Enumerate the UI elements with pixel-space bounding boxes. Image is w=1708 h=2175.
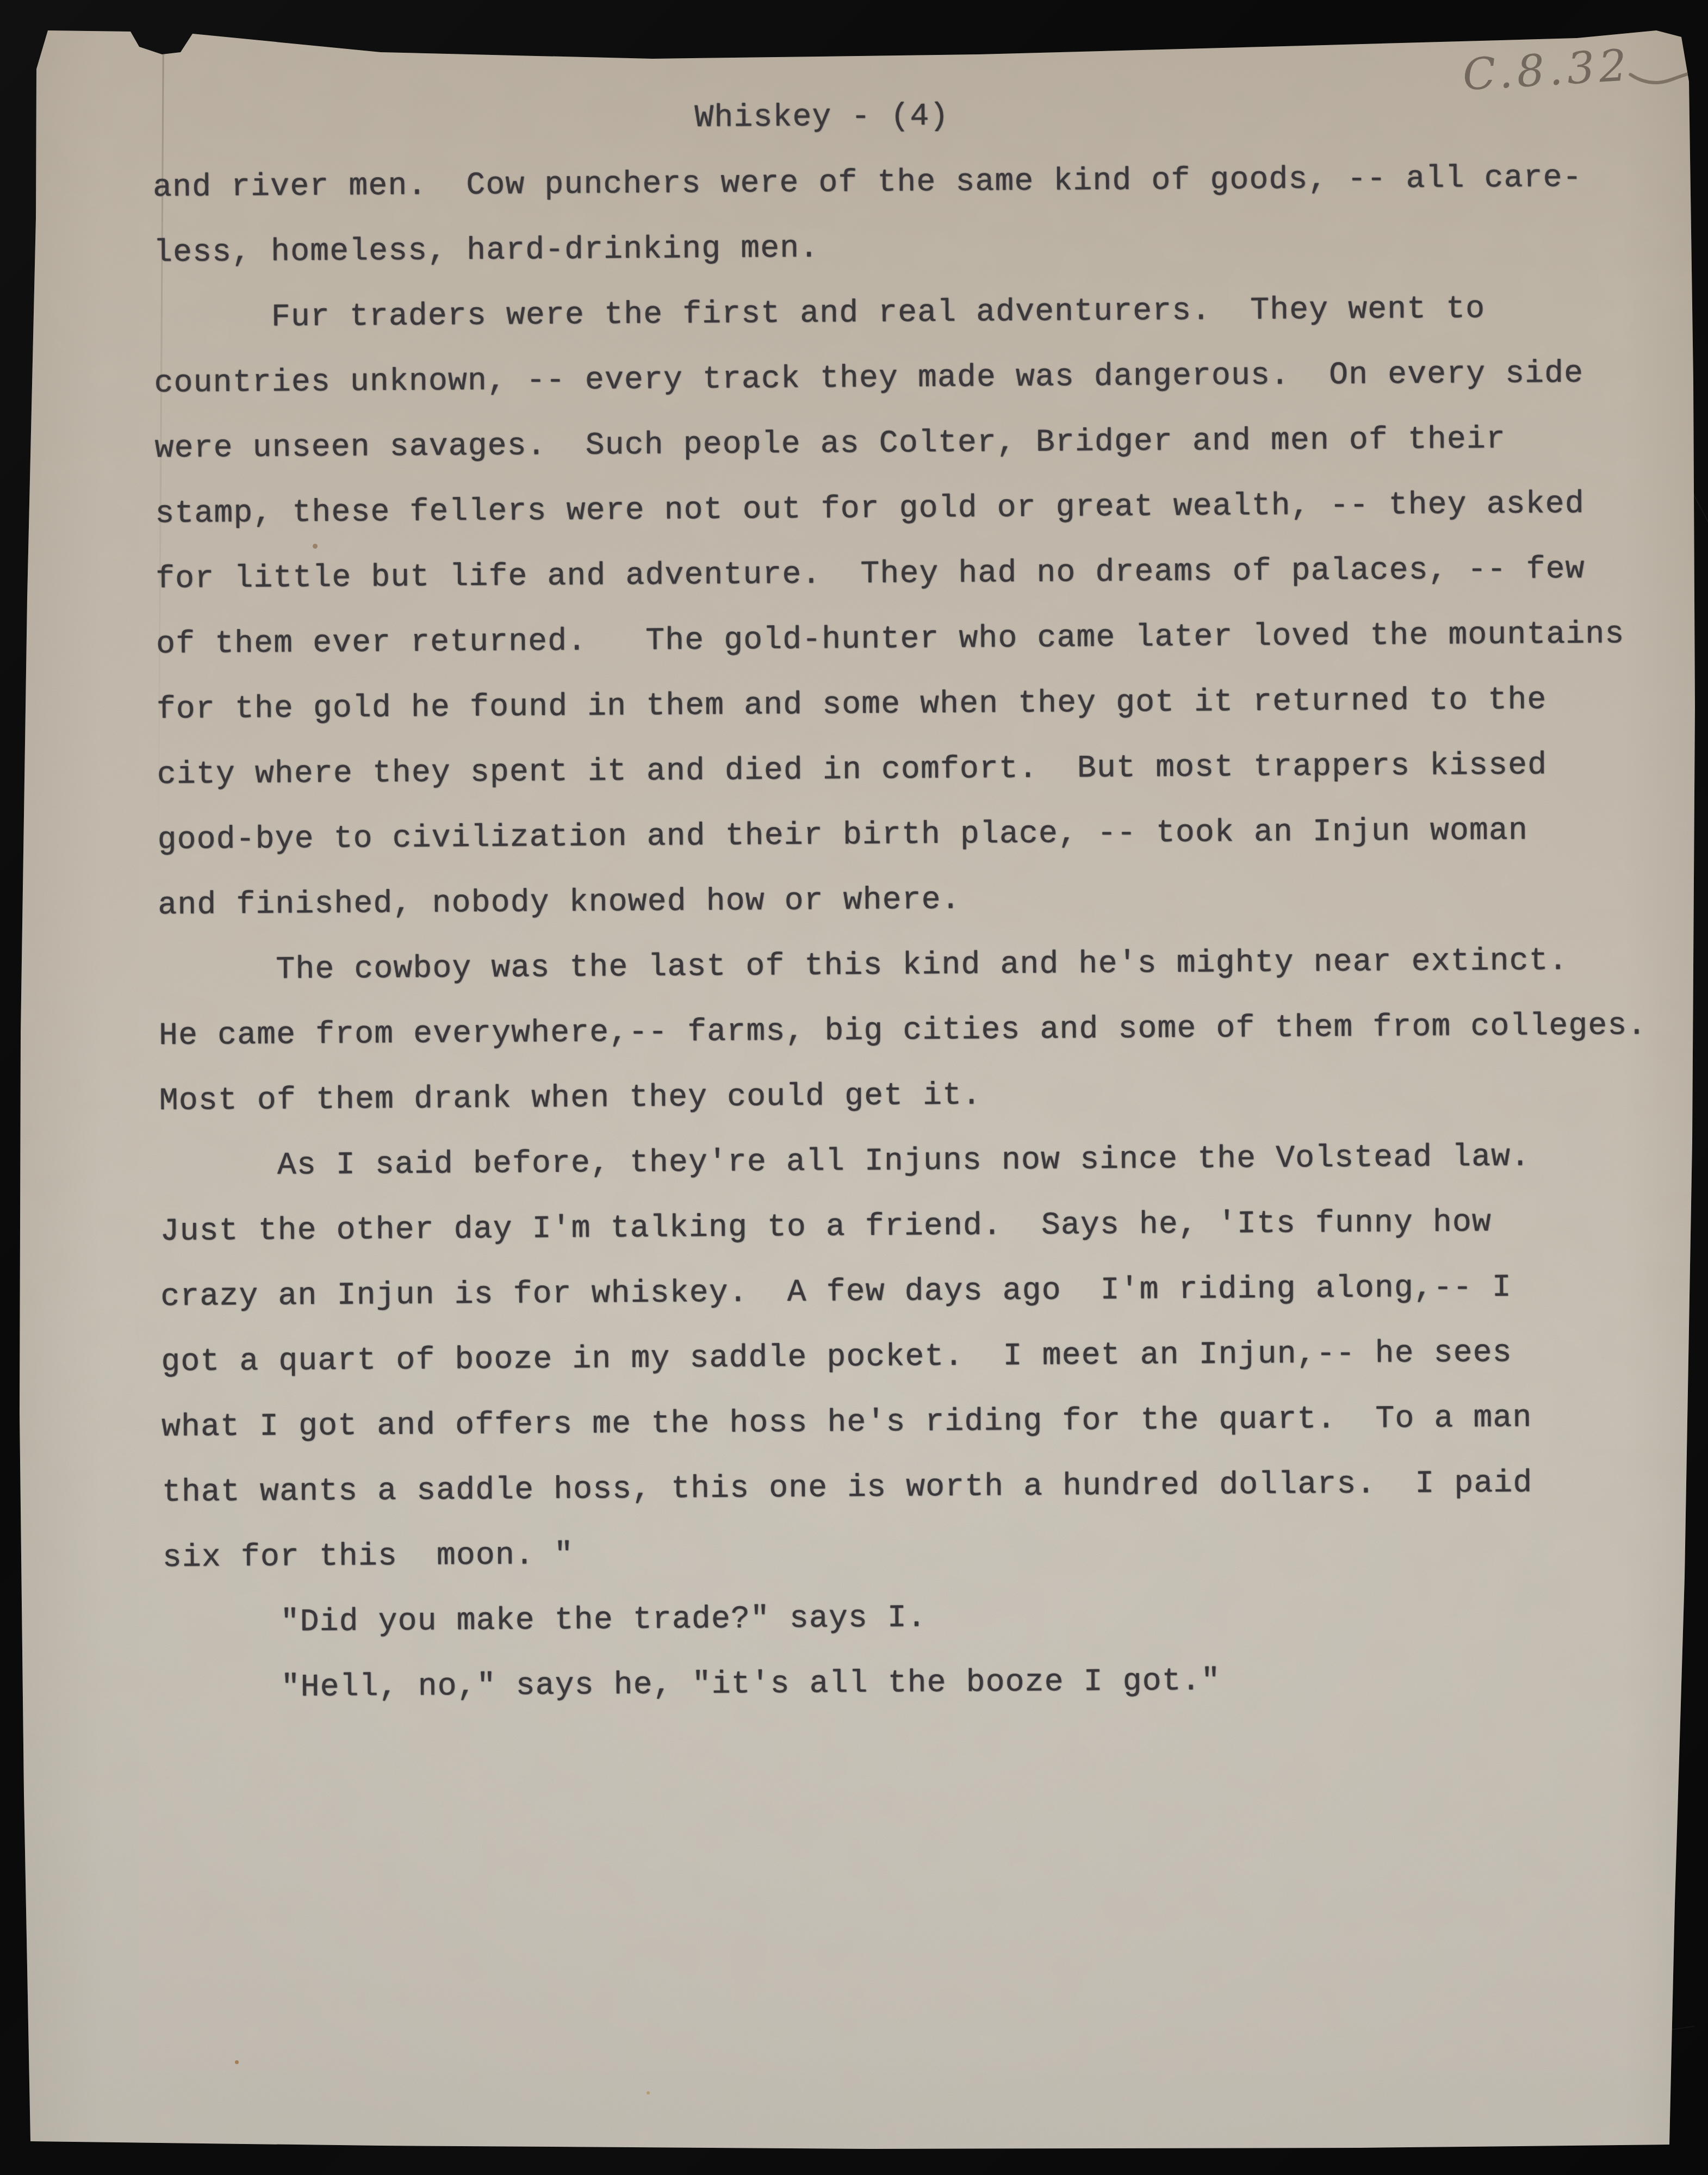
typewritten-line: city where they spent it and died in com… [157, 732, 1669, 808]
document-page: C.8.32 Whiskey - (4) and river men. Cow … [0, 0, 1708, 2175]
typewritten-line: were unseen savages. Such people as Colt… [154, 406, 1667, 482]
scan-background: C.8.32 Whiskey - (4) and river men. Cow … [0, 0, 1708, 2175]
typewritten-line: good-bye to civilization and their birth… [157, 798, 1669, 873]
typewritten-line: The cowboy was the last of this kind and… [158, 928, 1670, 1004]
page-content: C.8.32 Whiskey - (4) and river men. Cow … [0, 0, 1708, 2175]
typewritten-line: stamp, these fellers were not out for go… [155, 471, 1667, 547]
typewritten-line: of them ever returned. The gold-hunter w… [156, 602, 1668, 678]
typewritten-line: for little but life and adventure. They … [156, 537, 1668, 612]
typewritten-line: and river men. Cow punchers were of the … [153, 145, 1665, 221]
typewritten-line: for the gold he found in them and some w… [157, 667, 1669, 743]
pencil-flourish [1628, 55, 1708, 98]
typewritten-line: He came from everywhere,-- farms, big ci… [159, 993, 1671, 1069]
typewritten-line: "Hell, no," says he, "it's all the booze… [163, 1646, 1675, 1722]
typewritten-line: got a quart of booze in my saddle pocket… [161, 1320, 1673, 1395]
typewritten-line: less, homeless, hard-drinking men. [153, 210, 1666, 286]
typewritten-line: and finished, nobody knowed how or where… [158, 863, 1670, 939]
handwritten-annotation: C.8.32 [1461, 35, 1708, 108]
typewritten-text: and river men. Cow punchers were of the … [153, 145, 1675, 1722]
typewritten-line: what I got and offers me the hoss he's r… [162, 1385, 1674, 1461]
typewritten-line: that wants a saddle hoss, this one is wo… [162, 1450, 1674, 1526]
typewritten-line: As I said before, they're all Injuns now… [159, 1124, 1672, 1200]
page-title: Whiskey - (4) [694, 101, 949, 134]
typewritten-line: Fur traders were the first and real adve… [154, 276, 1666, 351]
annotation-text: C.8.32 [1461, 40, 1632, 100]
typewritten-line: countries unknown, -- every track they m… [154, 341, 1666, 417]
typewritten-line: "Did you make the trade?" says I. [163, 1581, 1675, 1656]
typewritten-line: six for this moon. " [162, 1515, 1674, 1591]
typewritten-line: Just the other day I'm talking to a frie… [160, 1189, 1672, 1265]
typewritten-line: Most of them drank when they could get i… [159, 1059, 1672, 1134]
typewritten-line: crazy an Injun is for whiskey. A few day… [160, 1254, 1673, 1330]
